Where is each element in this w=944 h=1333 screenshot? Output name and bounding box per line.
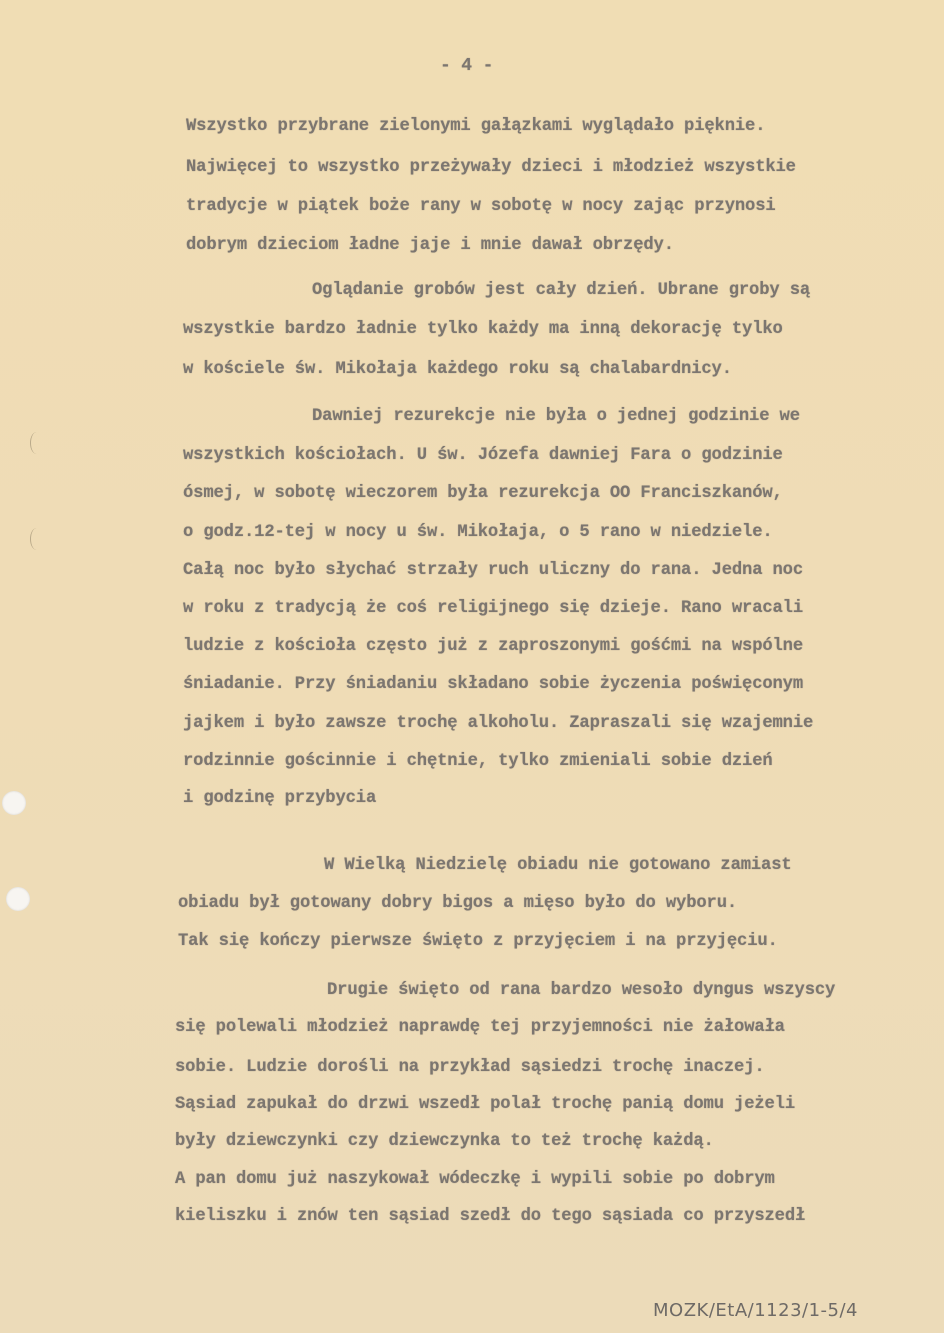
document-page: - 4 - Wszystko przybrane zielonymi gałąz… bbox=[0, 0, 944, 1333]
text-line: śniadanie. Przy śniadaniu składano sobie… bbox=[183, 675, 803, 694]
punch-hole bbox=[2, 791, 26, 815]
text-line: się polewali młodzież naprawdę tej przyj… bbox=[175, 1018, 785, 1037]
text-line: tradycje w piątek boże rany w sobotę w n… bbox=[186, 197, 776, 216]
text-line: Całą noc było słychać strzały ruch ulicz… bbox=[183, 561, 803, 580]
text-line: były dziewczynki czy dziewczynka to też … bbox=[175, 1132, 714, 1151]
text-line: A pan domu już naszykował wódeczkę i wyp… bbox=[175, 1170, 775, 1189]
text-line: wszystkie bardzo ładnie tylko każdy ma i… bbox=[183, 320, 783, 339]
text-line: kieliszku i znów ten sąsiad szedł do teg… bbox=[175, 1207, 805, 1226]
text-line: ósmej, w sobotę wieczorem była rezurekcj… bbox=[183, 484, 783, 503]
text-line: wszystkich kościołach. U św. Józefa dawn… bbox=[183, 446, 783, 465]
text-line: o godz.12-tej w nocy u św. Mikołaja, o 5… bbox=[183, 523, 773, 542]
margin-pencil-mark bbox=[30, 432, 43, 454]
text-line: Tak się kończy pierwsze święto z przyjęc… bbox=[178, 932, 778, 951]
text-line: w roku z tradycją że coś religijnego się… bbox=[183, 599, 803, 618]
text-line: Dawniej rezurekcje nie była o jednej god… bbox=[312, 407, 800, 426]
text-line: W Wielką Niedzielę obiadu nie gotowano z… bbox=[324, 856, 792, 875]
punch-hole bbox=[6, 887, 30, 911]
text-line: Najwięcej to wszystko przeżywały dzieci … bbox=[186, 158, 796, 177]
text-line: sobie. Ludzie dorośli na przykład sąsied… bbox=[175, 1058, 765, 1077]
margin-pencil-mark bbox=[30, 528, 43, 550]
text-line: rodzinnie gościnnie i chętnie, tylko zmi… bbox=[183, 752, 773, 771]
text-line: obiadu był gotowany dobry bigos a mięso … bbox=[178, 894, 737, 913]
text-line: ludzie z kościoła często już z zaproszon… bbox=[183, 637, 803, 656]
text-line: Wszystko przybrane zielonymi gałązkami w… bbox=[186, 117, 765, 136]
text-line: i godzinę przybycia bbox=[183, 789, 376, 808]
text-line: Drugie święto od rana bardzo wesoło dyng… bbox=[327, 981, 835, 1000]
text-line: jajkem i było zawsze trochę alkoholu. Za… bbox=[183, 714, 813, 733]
page-number: - 4 - bbox=[440, 56, 493, 76]
archive-signature: MOZK/EtA/1123/1-5/4 bbox=[653, 1300, 858, 1321]
text-line: Sąsiad zapukał do drzwi wszedł polał tro… bbox=[175, 1095, 795, 1114]
text-line: Oglądanie grobów jest cały dzień. Ubrane… bbox=[312, 281, 810, 300]
text-line: w kościele św. Mikołaja każdego roku są … bbox=[183, 360, 732, 379]
text-line: dobrym dzieciom ładne jaje i mnie dawał … bbox=[186, 236, 674, 255]
